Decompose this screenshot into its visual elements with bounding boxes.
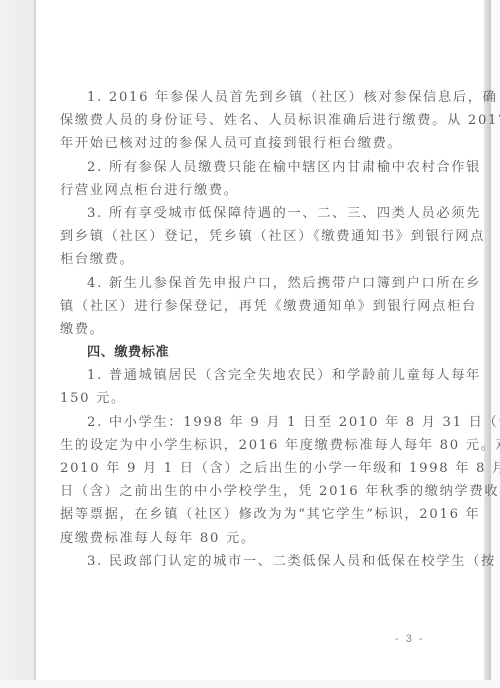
- paragraph-1-line-1: 1. 2016 年参保人员首先到乡镇（社区）核对参保信息后，确: [60, 86, 464, 109]
- paragraph-2-line-1: 2. 所有参保人员缴费只能在榆中辖区内甘肃榆中农村合作银: [60, 156, 464, 179]
- scan-left-margin: [0, 0, 34, 688]
- page-number: - 3 -: [395, 633, 425, 645]
- paragraph-4-line-2: 镇（社区）进行参保登记，再凭《缴费通知单》到银行网点柜台: [60, 295, 464, 318]
- paragraph-1-line-3: 年开始已核对过的参保人员可直接到银行柜台缴费。: [60, 132, 464, 155]
- paragraph-2-line-2: 行营业网点柜台进行缴费。: [60, 179, 464, 202]
- paragraph-5-line-1: 1. 普通城镇居民（含完全失地农民）和学龄前儿童每人每年: [60, 364, 464, 387]
- paragraph-3-line-3: 柜台缴费。: [60, 248, 464, 271]
- paragraph-6-line-2: 生的设定为中小学生标识，2016 年度缴费标准每人每年 80 元。对: [60, 434, 464, 457]
- paragraph-4-line-1: 4. 新生儿参保首先申报户口，然后携带户口簿到户口所在乡: [60, 272, 464, 295]
- document-body: 1. 2016 年参保人员首先到乡镇（社区）核对参保信息后，确 保缴费人员的身份…: [60, 86, 464, 573]
- paragraph-1-line-2: 保缴费人员的身份证号、姓名、人员标识准确后进行缴费。从 2017: [60, 109, 464, 132]
- paragraph-3-line-1: 3. 所有享受城市低保障待遇的一、二、三、四类人员必须先: [60, 202, 464, 225]
- paragraph-3-line-2: 到乡镇（社区）登记，凭乡镇（社区）《缴费通知书》到银行网点: [60, 225, 464, 248]
- paragraph-4-line-3: 缴费。: [60, 318, 464, 341]
- section-heading-fee-standard: 四、缴费标准: [60, 341, 464, 364]
- scan-bottom-margin: [0, 680, 500, 688]
- paragraph-6-line-4: 日（含）之前出生的中小学校学生，凭 2016 年秋季的缴纳学费收: [60, 480, 464, 503]
- paragraph-5-line-2: 150 元。: [60, 387, 464, 410]
- paragraph-6-line-3: 2010 年 9 月 1 日（含）之后出生的小学一年级和 1998 年 8 月 …: [60, 457, 464, 480]
- paragraph-7-line-1: 3. 民政部门认定的城市一、二类低保人员和低保在校学生（按: [60, 550, 464, 573]
- paragraph-6-line-1: 2. 中小学生：1998 年 9 月 1 日至 2010 年 8 月 31 日（…: [60, 411, 464, 434]
- paragraph-6-line-6: 度缴费标准每人每年 80 元。: [60, 527, 464, 550]
- paragraph-6-line-5: 据等票据，在乡镇（社区）修改为为“其它学生”标识，2016 年: [60, 503, 464, 526]
